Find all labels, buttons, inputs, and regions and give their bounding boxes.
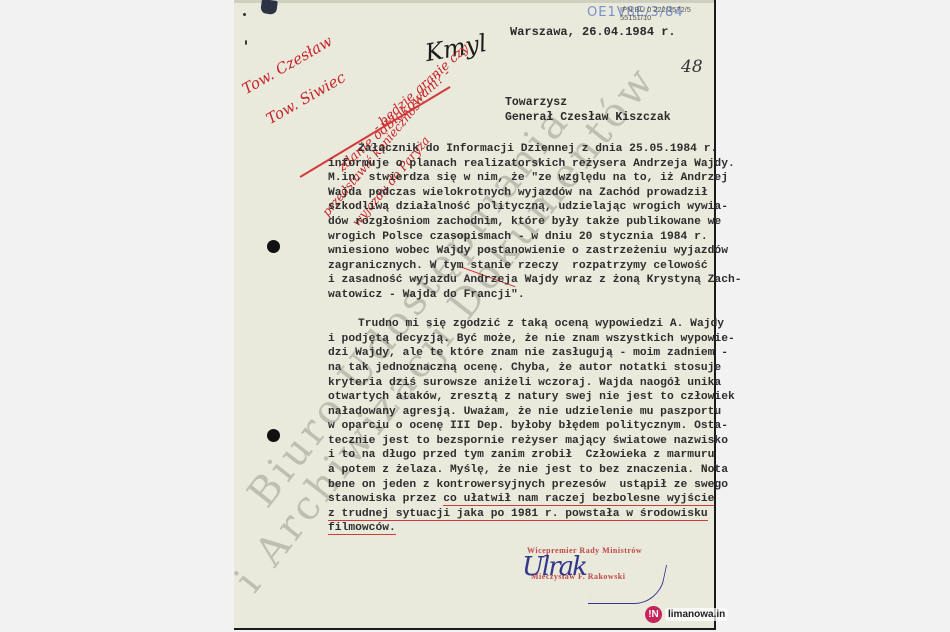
text-segment: stanowiska przez — [328, 493, 443, 505]
punch-hole — [267, 429, 280, 442]
text-line: w oparciu o ocenę III Dep. byłoby błędem… — [328, 419, 698, 434]
punch-hole — [267, 240, 280, 253]
letter-body: Załącznik do Informacji Dziennej z dnia … — [328, 142, 698, 536]
logo-badge-icon: !N — [645, 606, 662, 623]
logo-text: limanowa.in — [665, 608, 728, 621]
addressee: Towarzysz Generał Czesław Kiszczak — [505, 95, 671, 125]
text-line: watowicz - Wajda do Francji". — [328, 288, 698, 303]
text-line: stanowiska przez co ułatwił nam raczej b… — [328, 492, 698, 507]
page-number: 48 — [681, 57, 703, 77]
text-line: wrogich Polsce czasopismach - w dniu 20 … — [328, 230, 698, 245]
text-line: dzi Wajdy, ale te które znam nie zasługu… — [328, 346, 698, 361]
underlined-text: filmowców. — [328, 522, 396, 535]
text-line: Wajda podczas wielokrotnych wyjazdów na … — [328, 186, 698, 201]
text-line: naładowany agresją. Uważam, że nie udzie… — [328, 405, 698, 420]
handwritten-signature: Ulrak — [522, 552, 586, 582]
site-logo[interactable]: !N limanowa.in — [645, 606, 728, 623]
text-line: i to na długo przed tym zanim zrobił Czł… — [328, 448, 698, 463]
underlined-text: co ułatwił nam raczej bezbolesne wyjście — [443, 493, 714, 506]
text-line: na tak jednoznaczną ocenę. Chyba, że aut… — [328, 361, 698, 376]
ink-smudge — [260, 0, 278, 15]
text-line: kryteria dziś surowsze aniżeli wczoraj. … — [328, 376, 698, 391]
text-line: filmowców. — [328, 521, 698, 536]
addressee-name: Generał Czesław Kiszczak — [505, 110, 671, 125]
date-line: Warszawa, 26.04.1984 r. — [510, 25, 676, 39]
text-line: szkodliwą działalność polityczną, udziel… — [328, 200, 698, 215]
page-speck — [245, 40, 247, 45]
text-line: wniesiono wobec Wajdy postanowienie o za… — [328, 244, 698, 259]
page-speck — [243, 13, 246, 16]
text-line: M.in. stwierdza się w nim, że "ze względ… — [328, 171, 698, 186]
text-line: bene on jeden z kontrowersyjnych prezesó… — [328, 478, 698, 493]
text-line: informuje o planach realizatorskich reży… — [328, 157, 698, 172]
text-line: zagranicznych. W tym stanie rzeczy rozpa… — [328, 259, 698, 274]
text-line: i zasadność wyjazdu Andrzeja Wajdy wraz … — [328, 273, 698, 288]
text-line: z trudnej sytuacji jaka po 1981 r. powst… — [328, 507, 698, 522]
text-line: Trudno mi się zgodzić z taką oceną wypow… — [328, 317, 698, 332]
underlined-text: z trudnej sytuacji jaka po 1981 r. powst… — [328, 508, 708, 521]
text-line: dów rozgłośniom zachodnim, które były ta… — [328, 215, 698, 230]
text-line: otwartych ataków, zresztą z natury swej … — [328, 390, 698, 405]
addressee-salutation: Towarzysz — [505, 95, 671, 110]
text-line: tecznie jest to bezspornie reżyser mając… — [328, 434, 698, 449]
text-line: a potem z żelaza. Myślę, że nie jest to … — [328, 463, 698, 478]
archive-signature: IPN BU 0 222/1572/5 55151/10 — [620, 6, 691, 22]
text-line: Załącznik do Informacji Dziennej z dnia … — [328, 142, 698, 157]
archive-code-line: 55151/10 — [620, 14, 691, 22]
text-line: i podjętą decyzją. Być może, że nie znam… — [328, 332, 698, 347]
